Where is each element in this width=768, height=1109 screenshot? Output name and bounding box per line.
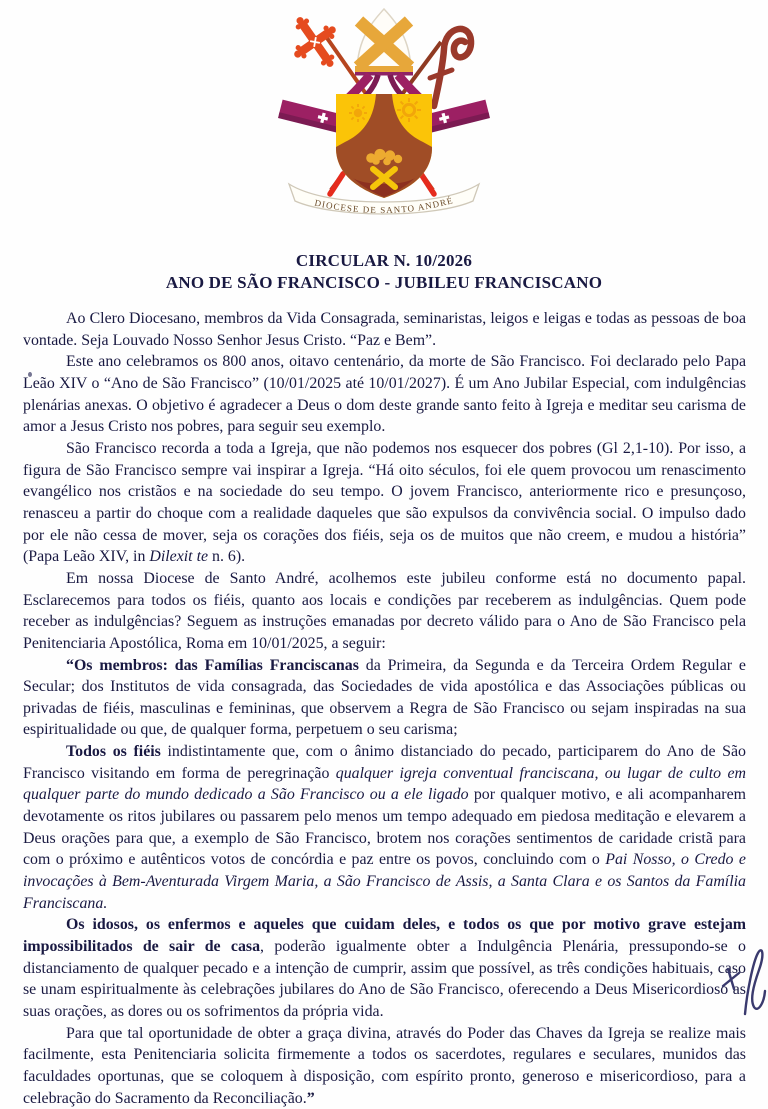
coat-of-arms: DIOCESE DE SANTO ANDRÉ bbox=[273, 6, 495, 223]
title-line-2: ANO DE SÃO FRANCISCO - JUBILEU FRANCISCA… bbox=[0, 272, 768, 294]
processional-cross-icon bbox=[278, 6, 352, 80]
paragraph-4: Em nossa Diocese de Santo André, acolhem… bbox=[23, 568, 746, 655]
sun-left-icon bbox=[349, 104, 367, 122]
paragraph-8: Para que tal oportunidade de obter a gra… bbox=[23, 1023, 746, 1109]
ink-speck bbox=[28, 372, 32, 377]
document-body: Ao Clero Diocesano, membros da Vida Cons… bbox=[23, 308, 746, 1109]
paragraph-5: “Os membros: das Famílias Franciscanas d… bbox=[23, 655, 746, 742]
title-line-1: CIRCULAR N. 10/2026 bbox=[0, 250, 768, 272]
paragraph-2: Este ano celebramos os 800 anos, oitavo … bbox=[23, 351, 746, 438]
paragraph-6: Todos os fiéis indistintamente que, com … bbox=[23, 741, 746, 914]
paragraph-1: Ao Clero Diocesano, membros da Vida Cons… bbox=[23, 308, 746, 351]
diocese-coat-of-arms-graphic: DIOCESE DE SANTO ANDRÉ bbox=[273, 6, 495, 218]
handwritten-scribble bbox=[718, 940, 768, 1028]
crosier-icon bbox=[430, 29, 471, 106]
scanned-document-page: DIOCESE DE SANTO ANDRÉ CIRCULAR N. 10/20… bbox=[0, 0, 768, 1109]
document-title: CIRCULAR N. 10/2026 ANO DE SÃO FRANCISCO… bbox=[0, 250, 768, 293]
shield bbox=[336, 94, 432, 198]
ribbon-left bbox=[278, 100, 341, 133]
mitre-icon bbox=[355, 9, 413, 76]
paragraph-3: São Francisco recorda a toda a Igreja, q… bbox=[23, 438, 746, 568]
paragraph-7: Os idosos, os enfermos e aqueles que cui… bbox=[23, 914, 746, 1022]
